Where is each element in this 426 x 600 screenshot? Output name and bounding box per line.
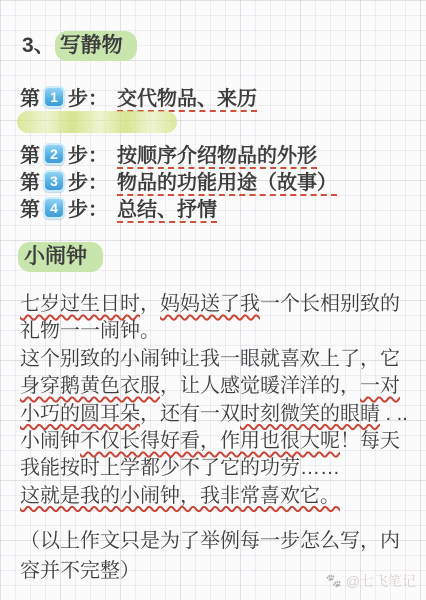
- essay-segment: 我能按时上学都少不了它的功劳……: [20, 457, 340, 479]
- step-prefix: 第: [20, 193, 40, 222]
- essay-line: 我能按时上学都少不了它的功劳……: [20, 455, 408, 482]
- footnote-line: （以上作文只是为了举例每一步怎么写，内: [20, 526, 400, 556]
- essay-line: 身穿鹅黄色衣服，让人感觉暖洋洋的，一对: [20, 373, 408, 400]
- essay-segment: 身穿鹅黄色衣服: [20, 375, 160, 397]
- example-title-highlight: 小闹钟: [18, 242, 103, 272]
- section-number: 3、: [22, 34, 55, 57]
- step-content: 总结、抒情: [117, 193, 217, 222]
- essay-segment: 七岁过生日时: [20, 293, 140, 315]
- step-row-4: 第 4 步： 总结、抒情: [20, 193, 217, 222]
- step-suffix: 步：: [68, 139, 108, 168]
- step-suffix: 步：: [68, 166, 108, 195]
- essay-segment: 妈妈送了我: [160, 293, 260, 315]
- essay-segment: 礼物一一闹钟。: [20, 320, 160, 342]
- essay-segment: ，: [140, 293, 160, 315]
- essay-segment: 一对: [360, 375, 400, 397]
- essay-line: 这就是我的小闹钟，我非常喜欢它。: [20, 483, 408, 510]
- step-number-badge: 1: [43, 86, 65, 108]
- highlighter-bar: [17, 111, 177, 133]
- example-title: 小闹钟: [18, 240, 103, 270]
- step-suffix: 步：: [68, 193, 108, 222]
- step-content: 物品的功能用途（故事）: [117, 166, 337, 195]
- essay-segment: ，还有一双: [140, 403, 240, 425]
- essay-line: 这个别致的小闹钟让我一眼就喜欢上了，它: [20, 346, 408, 373]
- essay-segment: . ..: [380, 403, 408, 425]
- section-title-highlight: 写静物: [55, 31, 137, 61]
- section-title: 3、写静物: [22, 29, 137, 59]
- essay-segment: 小闹钟: [20, 430, 80, 452]
- step-content: 按顺序介绍物品的外形: [117, 139, 317, 168]
- essay-line: 七岁过生日时，妈妈送了我一个长相别致的: [20, 291, 408, 318]
- step-row-1: 第 1 步： 交代物品、来历: [20, 82, 257, 111]
- step-row-2: 第 2 步： 按顺序介绍物品的外形: [20, 139, 317, 168]
- notes-page: 3、写静物 第 1 步： 交代物品、来历 第 2 步： 按顺序介绍物品的外形 第…: [0, 0, 426, 600]
- essay-line: 小闹钟不仅长得好看，作用也很大呢！每天: [20, 428, 408, 455]
- watermark: 🐾 @七飞笔记: [326, 571, 416, 591]
- step-prefix: 第: [20, 166, 40, 195]
- paw-icon: 🐾: [326, 573, 342, 589]
- essay-segment: 不仅长得好看，作用也很大呢: [80, 430, 340, 452]
- essay-line: 礼物一一闹钟。: [20, 318, 408, 345]
- step-number-badge: 4: [43, 197, 65, 219]
- essay-line: 小巧的圆耳朵，还有一双时刻微笑的眼睛 . ..: [20, 401, 408, 428]
- essay-segment: 一个长相别致的: [260, 293, 400, 315]
- essay-paragraph: 七岁过生日时，妈妈送了我一个长相别致的 礼物一一闹钟。 这个别致的小闹钟让我一眼…: [20, 291, 408, 510]
- essay-segment: 时刻微笑的眼睛: [240, 403, 380, 425]
- essay-segment: ！每天: [340, 430, 400, 452]
- essay-segment: ，让人感觉暖洋洋的，: [160, 375, 360, 397]
- step-row-3: 第 3 步： 物品的功能用途（故事）: [20, 166, 337, 195]
- watermark-text: @七飞笔记: [346, 571, 416, 591]
- essay-segment: 小巧的圆耳朵: [20, 403, 140, 425]
- step-number-badge: 2: [43, 143, 65, 165]
- step-content: 交代物品、来历: [117, 82, 257, 111]
- essay-segment: 这就是我的小闹钟，我非常喜欢它。: [20, 485, 340, 507]
- essay-segment: 这个别致的小闹钟让我一眼就喜欢上了，它: [20, 348, 400, 370]
- step-prefix: 第: [20, 82, 40, 111]
- step-suffix: 步：: [68, 82, 108, 111]
- step-number-badge: 3: [43, 170, 65, 192]
- step-prefix: 第: [20, 139, 40, 168]
